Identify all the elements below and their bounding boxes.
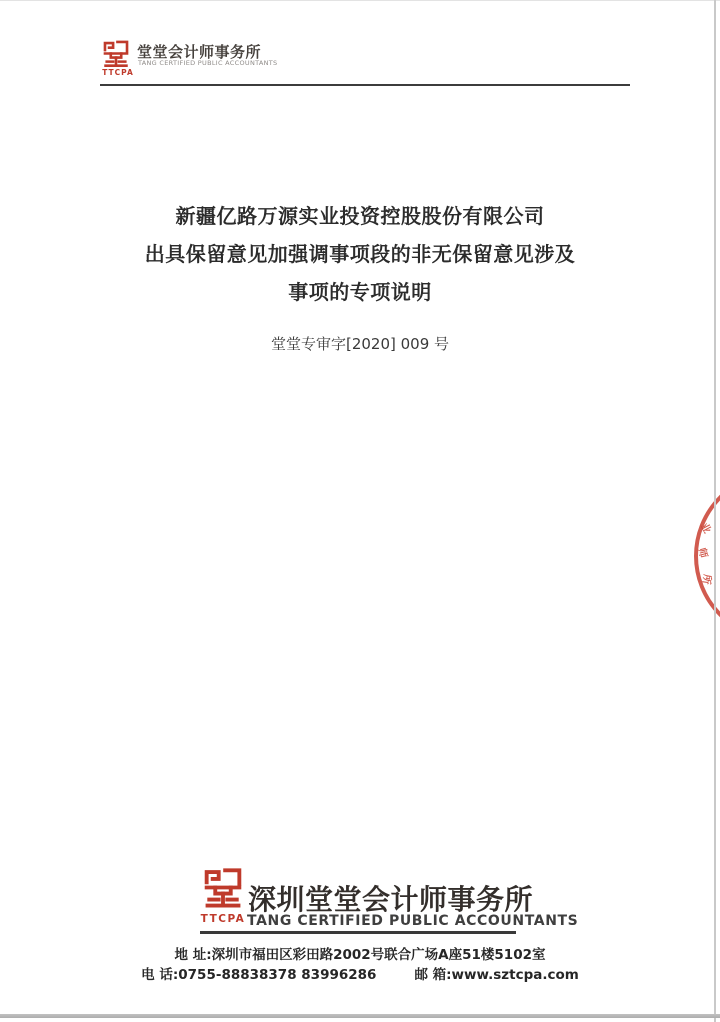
- address-label: 地 址:: [175, 947, 212, 963]
- footer-divider: [200, 931, 516, 934]
- ttcpa-seal-logo-icon: [201, 866, 245, 909]
- document-page: TTCPA 堂堂会计师事务所 TANG CERTIFIED PUBLIC ACC…: [0, 0, 720, 1022]
- footer-firm-name-cn: 深圳堂堂会计师事务所: [248, 878, 533, 918]
- header-logo-acronym: TTCPA: [98, 68, 138, 77]
- header-divider: [100, 84, 630, 86]
- mail-value: www.sztcpa.com: [452, 967, 579, 983]
- document-number: 堂堂专审字[2020] 009 号: [0, 333, 720, 354]
- header-firm-name-en: TANG CERTIFIED PUBLIC ACCOUNTANTS: [138, 59, 277, 67]
- page-edge-top: [0, 0, 720, 1]
- footer-logo-acronym: TTCPA: [197, 913, 249, 925]
- page-edge-bottom: [0, 1014, 720, 1018]
- title-line-3: 事项的专项说明: [0, 273, 720, 311]
- page-edge-right: [714, 0, 716, 1022]
- document-title: 新疆亿路万源实业投资控股股份有限公司 出具保留意见加强调事项段的非无保留意见涉及…: [0, 197, 720, 311]
- address-value: 深圳市福田区彩田路2002号联合广场A座51楼5102室: [212, 947, 546, 963]
- footer-address-line: 地 址:深圳市福田区彩田路2002号联合广场A座51楼5102室: [0, 943, 720, 963]
- title-line-2: 出具保留意见加强调事项段的非无保留意见涉及: [0, 235, 720, 273]
- footer-phone-mail-line: 电 话:0755-88838378 83996286 邮 箱:www.sztcp…: [0, 963, 720, 983]
- phone-value: 0755-88838378 83996286: [178, 967, 376, 983]
- title-line-1: 新疆亿路万源实业投资控股股份有限公司: [0, 197, 720, 235]
- mail-label: 邮 箱:: [414, 967, 451, 983]
- footer-firm-name-en: TANG CERTIFIED PUBLIC ACCOUNTANTS: [247, 913, 578, 929]
- phone-label: 电 话:: [141, 967, 178, 983]
- ttcpa-seal-logo-icon: [101, 39, 131, 68]
